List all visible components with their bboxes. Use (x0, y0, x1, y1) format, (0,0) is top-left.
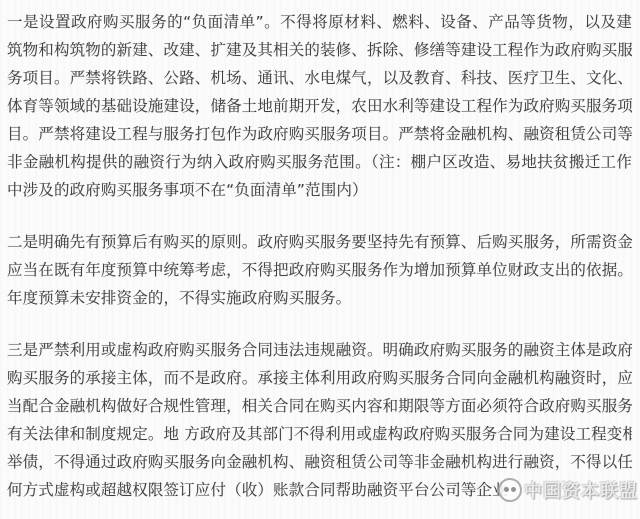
article-body: 一是设置政府购买服务的“负面清单”。不得将原材料、燃料、设备、产品等货物，以及建… (0, 0, 640, 504)
text-line: 当配合金融机构做好合规性管理，相关合同在购买内容和期限等方面必须符合政府购买服务 (7, 392, 632, 420)
text-line: 一是设置政府购买服务的“负面清单”。不得将原材料、燃料、设备、产品等货物，以及建 (7, 8, 632, 36)
paragraph-budget-first: 二是明确先有预算后有购买的原则。政府购买服务要坚持先有预算、后购买服务，所需资金… (7, 228, 632, 312)
text-line: 目。严禁将建设工程与服务打包作为政府购买服务项目。严禁将金融机构、融资租赁公司等 (7, 120, 632, 148)
text-line: 有关法律和制度规定。地 方政府及其部门不得利用或虚构政府购买服务合同为建设工程变… (7, 420, 632, 448)
text-line: 中涉及的政府购买服务事项不在“负面清单”范围内） (7, 176, 632, 204)
text-line: 非金融机构提供的融资行为纳入政府购买服务范围。（注：棚户区改造、易地扶贫搬迁工作 (7, 148, 632, 176)
text-line: 举债，不得通过政府购买服务向金融机构、融资租赁公司等非金融机构进行融资，不得以任 (7, 448, 632, 476)
text-line: 年度预算未安排资金的，不得实施政府购买服务。 (7, 284, 632, 312)
text-line: 何方式虚构或超越权限签订应付（收）账款合同帮助融资平台公司等企业 (7, 476, 632, 504)
paragraph-negative-list: 一是设置政府购买服务的“负面清单”。不得将原材料、燃料、设备、产品等货物，以及建… (7, 8, 632, 204)
text-line: 购买服务的承接主体，而不是政府。承接主体利用政府购买服务合同向金融机构融资时，应 (7, 364, 632, 392)
paragraph-financing-ban: 三是严禁利用或虚构政府购买服务合同违法违规融资。明确政府购买服务的融资主体是政府… (7, 336, 632, 504)
text-line: 应当在既有年度预算中统筹考虑，不得把政府购买服务作为增加预算单位财政支出的依据。 (7, 256, 632, 284)
text-line: 筑物和构筑物的新建、改建、扩建及其相关的装修、拆除、修缮等建设工程作为政府购买服 (7, 36, 632, 64)
text-line: 三是严禁利用或虚构政府购买服务合同违法违规融资。明确政府购买服务的融资主体是政府 (7, 336, 632, 364)
text-line: 体育等领域的基础设施建设，储备土地前期开发，农田水利等建设工程作为政府购买服务项 (7, 92, 632, 120)
text-line: 二是明确先有预算后有购买的原则。政府购买服务要坚持先有预算、后购买服务，所需资金 (7, 228, 632, 256)
text-line: 务项目。严禁将铁路、公路、机场、通讯、水电煤气，以及教育、科技、医疗卫生、文化、 (7, 64, 632, 92)
